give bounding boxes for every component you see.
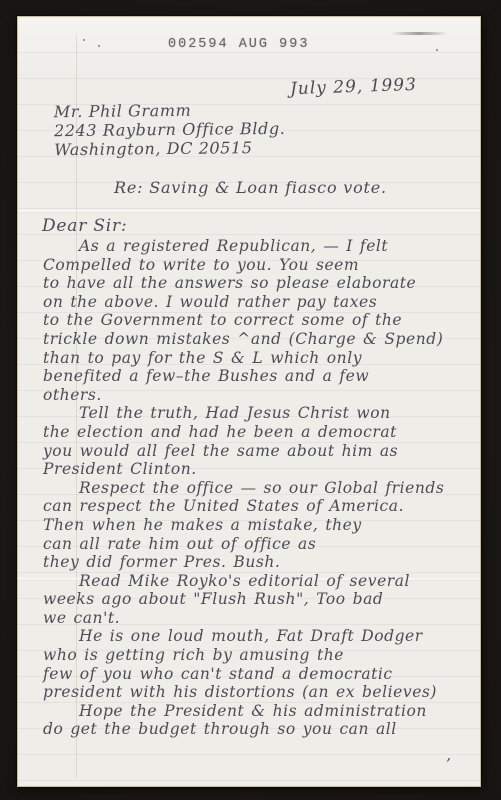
letter-line: do get the budget through so you can all [43, 720, 471, 739]
letter-line: they did former Pres. Bush. [43, 553, 471, 572]
letter-line: than to pay for the S & L which only [43, 349, 471, 368]
letter-line: President Clinton. [43, 460, 471, 479]
subject-line: Re: Saving & Loan fiasco vote. [114, 178, 387, 197]
fold-crease [18, 209, 480, 213]
letter-line: to have all the answers so please elabor… [43, 274, 471, 293]
letter-line: you would all feel the same about him as [43, 442, 471, 461]
letter-line: He is one loud mouth, Fat Draft Dodger [43, 627, 471, 646]
letter-line: trickle down mistakes ^and (Charge & Spe… [43, 330, 471, 349]
letter-line: others. [43, 386, 471, 405]
recipient-address: Mr. Phil Gramm2243 Rayburn Office Bldg.W… [54, 100, 286, 159]
letter-line: benefited a few–the Bushes and a few [43, 367, 471, 386]
salutation: Dear Sir: [42, 216, 128, 236]
archive-stamp: 002594 AUG 993 [168, 37, 309, 52]
letter-line: As a registered Republican, — I felt [43, 237, 471, 256]
letter-line: Then when he makes a mistake, they [43, 516, 471, 535]
letter-line: Tell the truth, Had Jesus Christ won [43, 404, 471, 423]
letter-line: Hope the President & his administration [43, 702, 471, 721]
letter-line: to the Government to correct some of the [43, 311, 471, 330]
letter-body: As a registered Republican, — I feltComp… [43, 237, 471, 739]
letter-line: on the above. I would rather pay taxes [43, 293, 471, 312]
recipient-line: 2243 Rayburn Office Bldg. [54, 119, 286, 140]
letter-line: Compelled to write to you. You seem [43, 256, 471, 275]
stray-ink-mark: ’ [446, 755, 451, 773]
ink-speck [436, 49, 438, 51]
letter-date: July 29, 1993 [290, 75, 418, 99]
letter-line: the election and had he been a democrat [43, 423, 471, 442]
letter-page: 002594 AUG 993 July 29, 1993 Mr. Phil Gr… [17, 16, 481, 787]
recipient-line: Mr. Phil Gramm [54, 100, 286, 121]
letter-line: can respect the United States of America… [43, 497, 471, 516]
letter-line: Respect the office — so our Global frien… [43, 479, 471, 498]
ink-speck [98, 45, 100, 47]
letter-line: we can't. [43, 609, 471, 628]
letter-line: few of you who can't stand a democratic [43, 665, 471, 684]
letter-line: weeks ago about "Flush Rush", Too bad [43, 590, 471, 609]
letter-line: Read Mike Royko's editorial of several [43, 572, 471, 591]
letter-line: president with his distortions (an ex be… [43, 683, 471, 702]
letter-line: who is getting rich by amusing the [43, 646, 471, 665]
ink-speck [83, 39, 85, 41]
recipient-line: Washington, DC 20515 [54, 138, 286, 159]
letter-line: can all rate him out of office as [43, 535, 471, 554]
scan-smudge [393, 32, 445, 35]
